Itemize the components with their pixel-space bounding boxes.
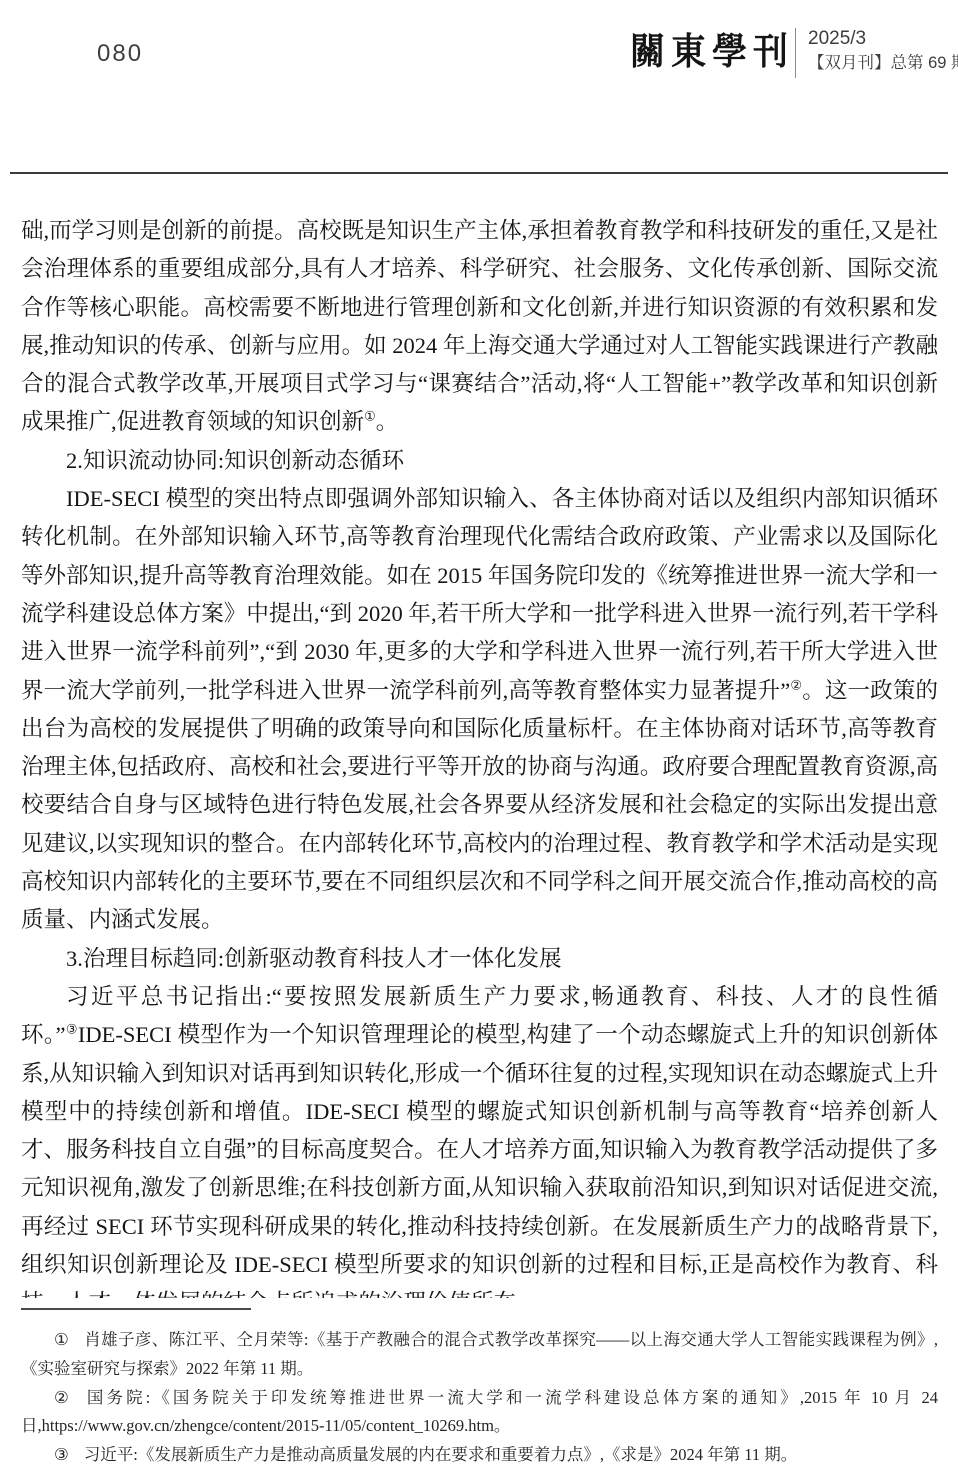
text-run: IDE-SECI 模型的突出特点即强调外部知识输入、各主体协商对话以及组织内部知… <box>21 486 938 702</box>
header-rule <box>10 172 948 174</box>
footnote-marker: ① <box>54 1330 69 1349</box>
text-run: 2.知识流动协同:知识创新动态循环 <box>66 448 404 473</box>
text-run: IDE-SECI 模型作为一个知识管理理论的模型,构建了一个动态螺旋式上升的知识… <box>21 1022 938 1298</box>
paragraph: 础,而学习则是创新的前提。高校既是知识生产主体,承担着教育教学和科技研发的重任,… <box>21 212 938 442</box>
paragraph: IDE-SECI 模型的突出特点即强调外部知识输入、各主体协商对话以及组织内部知… <box>21 480 938 940</box>
body-content: 础,而学习则是创新的前提。高校既是知识生产主体,承担着教育教学和科技研发的重任,… <box>21 212 938 1298</box>
issue-year-number: 2025/3 <box>808 27 958 51</box>
footnote-text: 习近平:《发展新质生产力是推动高质量发展的内在要求和重要着力点》,《求是》202… <box>84 1445 797 1464</box>
footnotes: ①肖雄子彦、陈江平、仝月荣等:《基于产教融合的混合式教学改革探究——以上海交通大… <box>21 1326 938 1470</box>
text-run: 。这一政策的出台为高校的发展提供了明确的政策导向和国际化质量标杆。在主体协商对话… <box>21 678 938 933</box>
footnote-marker: ② <box>54 1388 72 1407</box>
header-vertical-divider <box>795 28 796 78</box>
footnote-item: ③习近平:《发展新质生产力是推动高质量发展的内在要求和重要着力点》,《求是》20… <box>21 1441 938 1470</box>
issue-info: 2025/3 【双月刊】总第 69 期 <box>808 27 958 73</box>
issue-volume-label: 【双月刊】总第 69 期 <box>808 53 958 74</box>
text-run: 3.治理目标趋同:创新驱动教育科技人才一体化发展 <box>66 946 562 971</box>
text-run: 。 <box>376 409 399 434</box>
footnote-separator-rule <box>21 1308 251 1310</box>
paragraph: 习近平总书记指出:“要按照发展新质生产力要求,畅通教育、科技、人才的良性循环。”… <box>21 978 938 1298</box>
page-container: { "header": { "page_number": "080", "jou… <box>0 0 958 1476</box>
footnote-ref: ① <box>364 409 376 424</box>
footnote-item: ①肖雄子彦、陈江平、仝月荣等:《基于产教融合的混合式教学改革探究——以上海交通大… <box>21 1326 938 1384</box>
footnote-ref: ② <box>790 677 802 692</box>
footnote-marker: ③ <box>54 1445 69 1464</box>
footnote-text: 肖雄子彦、陈江平、仝月荣等:《基于产教融合的混合式教学改革探究——以上海交通大学… <box>21 1330 938 1378</box>
footnote-ref: ③ <box>65 1022 77 1037</box>
section-heading: 2.知识流动协同:知识创新动态循环 <box>21 442 938 480</box>
journal-title-calligraphy: 關東學刊 <box>630 23 794 76</box>
footnote-text: 国务院:《国务院关于印发统筹推进世界一流大学和一流学科建设总体方案的通知》,20… <box>21 1388 938 1436</box>
page-number: 080 <box>97 40 143 68</box>
text-run: 础,而学习则是创新的前提。高校既是知识生产主体,承担着教育教学和科技研发的重任,… <box>21 218 938 434</box>
section-heading: 3.治理目标趋同:创新驱动教育科技人才一体化发展 <box>21 940 938 978</box>
footnote-item: ②国务院:《国务院关于印发统筹推进世界一流大学和一流学科建设总体方案的通知》,2… <box>21 1384 938 1442</box>
